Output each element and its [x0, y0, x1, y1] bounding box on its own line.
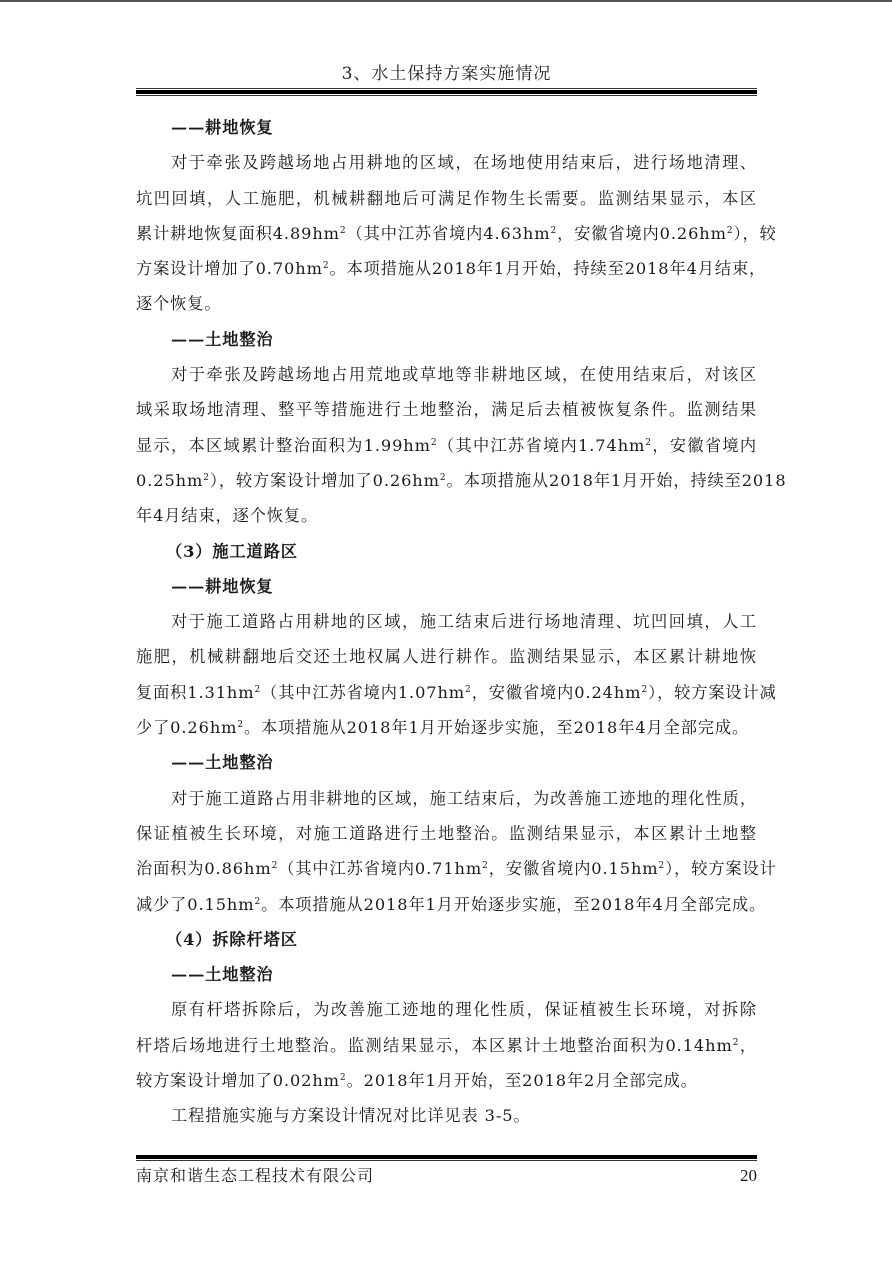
text-line: 累计耕地恢复面积4.89hm2（其中江苏省境内4.63hm2，安徽省境内0.26…	[136, 216, 757, 251]
page-footer: 南京和谐生态工程技术有限公司 20	[136, 1155, 757, 1187]
text-line: 工程措施实施与方案设计情况对比详见表 3-5。	[136, 1098, 757, 1133]
text-line: 对于牵张及跨越场地占用耕地的区域，在场地使用结束后，进行场地清理、	[136, 145, 757, 180]
paragraph: 对于施工道路占用耕地的区域，施工结束后进行场地清理、坑凹回填，人工施肥，机械耕翻…	[136, 604, 757, 745]
subsection-heading: ——耕地恢复	[136, 110, 757, 145]
text-line: 坑凹回填，人工施肥，机械耕翻地后可满足作物生长需要。监测结果显示，本区	[136, 181, 757, 216]
paragraph: 对于牵张及跨越场地占用耕地的区域，在场地使用结束后，进行场地清理、坑凹回填，人工…	[136, 145, 757, 321]
text-line: 对于牵张及跨越场地占用荒地或草地等非耕地区域，在使用结束后，对该区	[136, 357, 757, 392]
text-line: 原有杆塔拆除后，为改善施工迹地的理化性质，保证植被生长环境，对拆除	[136, 992, 757, 1027]
header-title: 3、水土保持方案实施情况	[136, 62, 757, 86]
text-line: 方案设计增加了0.70hm2。本项措施从2018年1月开始，持续至2018年4月…	[136, 251, 757, 286]
text-line: 减少了0.15hm2。本项措施从2018年1月开始逐步实施，至2018年4月全部…	[136, 887, 757, 922]
paragraph: 对于施工道路占用非耕地的区域，施工结束后，为改善施工迹地的理化性质，保证植被生长…	[136, 781, 757, 922]
header-rule	[136, 88, 757, 96]
subsection-heading: ——土地整治	[136, 957, 757, 992]
text-line: 保证植被生长环境，对施工道路进行土地整治。监测结果显示，本区累计土地整	[136, 816, 757, 851]
subsection-heading: ——土地整治	[136, 322, 757, 357]
text-line: 复面积1.31hm2（其中江苏省境内1.07hm2，安徽省境内0.24hm2），…	[136, 675, 757, 710]
text-line: 杆塔后场地进行土地整治。监测结果显示，本区累计土地整治面积为0.14hm2，	[136, 1028, 757, 1063]
section-heading: （4）拆除杆塔区	[136, 922, 757, 957]
subsection-heading: ——土地整治	[136, 745, 757, 780]
text-line: 对于施工道路占用耕地的区域，施工结束后进行场地清理、坑凹回填，人工	[136, 604, 757, 639]
document-body: ——耕地恢复对于牵张及跨越场地占用耕地的区域，在场地使用结束后，进行场地清理、坑…	[136, 110, 757, 1134]
paragraph: 原有杆塔拆除后，为改善施工迹地的理化性质，保证植被生长环境，对拆除杆塔后场地进行…	[136, 992, 757, 1098]
text-line: 显示，本区域累计整治面积为1.99hm2（其中江苏省境内1.74hm2，安徽省境…	[136, 428, 757, 463]
text-line: 年4月结束，逐个恢复。	[136, 498, 757, 533]
text-line: 治面积为0.86hm2（其中江苏省境内0.71hm2，安徽省境内0.15hm2）…	[136, 851, 757, 886]
text-line: 逐个恢复。	[136, 286, 757, 321]
footer-company: 南京和谐生态工程技术有限公司	[136, 1165, 374, 1187]
text-line: 少了0.26hm2。本项措施从2018年1月开始逐步实施，至2018年4月全部完…	[136, 710, 757, 745]
paragraph: 工程措施实施与方案设计情况对比详见表 3-5。	[136, 1098, 757, 1133]
section-heading: （3）施工道路区	[136, 534, 757, 569]
text-line: 施肥，机械耕翻地后交还土地权属人进行耕作。监测结果显示，本区累计耕地恢	[136, 639, 757, 674]
page-number: 20	[740, 1165, 757, 1187]
text-line: 域采取场地清理、整平等措施进行土地整治，满足后去植被恢复条件。监测结果	[136, 392, 757, 427]
subsection-heading: ——耕地恢复	[136, 569, 757, 604]
page-header: 3、水土保持方案实施情况	[136, 62, 757, 96]
paragraph: 对于牵张及跨越场地占用荒地或草地等非耕地区域，在使用结束后，对该区域采取场地清理…	[136, 357, 757, 533]
page-top-edge	[0, 0, 892, 2]
text-line: 0.25hm2），较方案设计增加了0.26hm2。本项措施从2018年1月开始，…	[136, 463, 757, 498]
text-line: 较方案设计增加了0.02hm2。2018年1月开始，至2018年2月全部完成。	[136, 1063, 757, 1098]
footer-rule	[136, 1155, 757, 1161]
text-line: 对于施工道路占用非耕地的区域，施工结束后，为改善施工迹地的理化性质，	[136, 781, 757, 816]
